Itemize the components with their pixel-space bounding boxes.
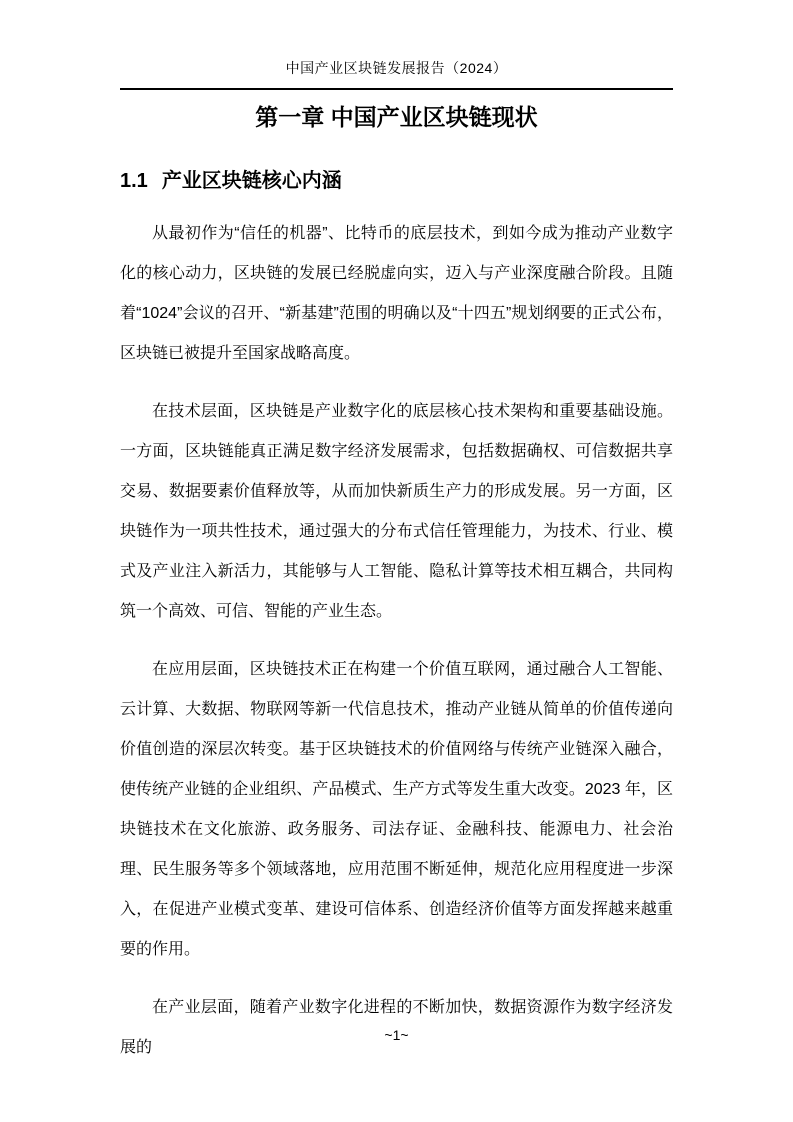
section-title: 产业区块链核心内涵 — [162, 170, 342, 192]
page-number: ~1~ — [384, 1027, 408, 1043]
paragraph: 从最初作为“信任的机器”、比特币的底层技术，到如今成为推动产业数字化的核心动力，… — [120, 214, 673, 374]
chapter-title: 第一章 中国产业区块链现状 — [0, 100, 793, 134]
running-head: 中国产业区块链发展报告（2024） — [120, 58, 673, 78]
section-number: 1.1 — [120, 170, 148, 192]
document-page: 中国产业区块链发展报告（2024） 第一章 中国产业区块链现状 1.1产业区块链… — [0, 0, 793, 1122]
paragraph: 在应用层面，区块链技术正在构建一个价值互联网，通过融合人工智能、云计算、大数据、… — [120, 650, 673, 970]
paragraph: 在技术层面，区块链是产业数字化的底层核心技术架构和重要基础设施。一方面，区块链能… — [120, 392, 673, 632]
section-heading: 1.1产业区块链核心内涵 — [120, 166, 342, 196]
header-rule — [120, 88, 673, 90]
document-body: 从最初作为“信任的机器”、比特币的底层技术，到如今成为推动产业数字化的核心动力，… — [120, 214, 673, 1086]
page-footer: ~1~ — [0, 1025, 793, 1045]
